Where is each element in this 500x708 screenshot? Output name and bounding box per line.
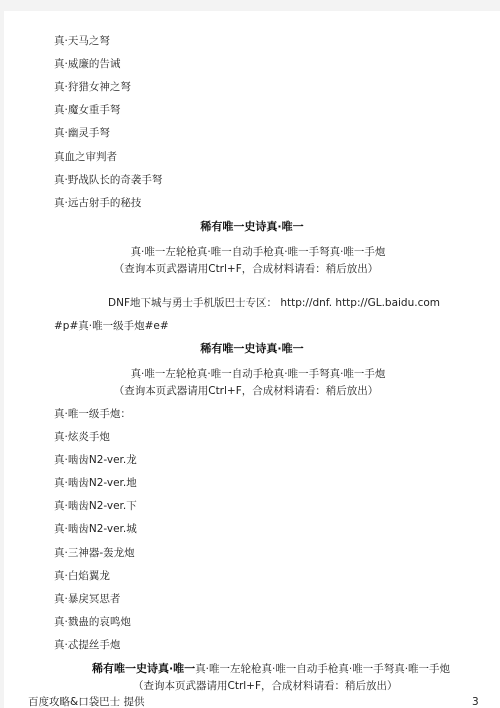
section-weapon-line: 真·唯一左轮枪真·唯一自动手枪真·唯一手弩真·唯一手炮 (10, 367, 500, 381)
list-item: 真·啮齿N2-ver.城 (54, 522, 137, 536)
list-item: 真·暴戾冥思者 (54, 592, 120, 606)
section-heading: 稀有唯一史诗真·唯一 (4, 342, 500, 356)
list-title: 真·唯一级手炮： (54, 407, 131, 421)
list-item: 真·远古射手的秘技 (54, 196, 141, 210)
list-item: 真·炫炎手炮 (54, 430, 110, 444)
page-tag: #p#真·唯一级手炮#e# (54, 319, 169, 333)
promo-line: DNF地下城与勇士手机版巴士专区： http://dnf. http://GL.… (108, 296, 440, 310)
list-item: 真·啮齿N2-ver.龙 (54, 453, 137, 467)
list-item: 真·野战队长的奇袭手弩 (54, 173, 162, 187)
list-item: 真·幽灵手弩 (54, 126, 110, 140)
section-heading: 稀有唯一史诗真·唯一 (4, 220, 500, 234)
list-item: 真·三神器-轰龙炮 (54, 546, 135, 560)
list-item: 真·忒提丝手炮 (54, 638, 120, 652)
page-number: 3 (472, 695, 479, 708)
section-weapon-line: 真·唯一左轮枪真·唯一自动手枪真·唯一手弩真·唯一手炮 (195, 663, 450, 675)
footer-credit: 百度攻略&口袋巴士 提供 (28, 695, 145, 708)
list-item: 真·白焰翼龙 (54, 569, 110, 583)
list-item: 真·啮齿N2-ver.下 (54, 499, 137, 513)
section-note: （查询本页武器请用Ctrl+F，合成材料请看：稍后放出） (0, 384, 494, 398)
list-item: 真·天马之弩 (54, 34, 110, 48)
list-item: 真血之审判者 (54, 150, 117, 164)
list-item: 真·狩猎女神之弩 (54, 80, 131, 94)
list-item: 真·戮蛊的哀鸣炮 (54, 615, 131, 629)
list-item: 真·啮齿N2-ver.地 (54, 476, 137, 490)
list-item: 真·威廉的告诫 (54, 57, 120, 71)
section-weapon-line: 真·唯一左轮枪真·唯一自动手枪真·唯一手弩真·唯一手炮 (10, 245, 500, 259)
section-heading: 稀有唯一史诗真·唯一 (92, 662, 195, 675)
section-inline: 稀有唯一史诗真·唯一真·唯一左轮枪真·唯一自动手枪真·唯一手弩真·唯一手炮 (92, 662, 450, 676)
section-note: （查询本页武器请用Ctrl+F，合成材料请看：稍后放出） (0, 262, 494, 276)
document-page: 真·天马之弩 真·威廉的告诫 真·狩猎女神之弩 真·魔女重手弩 真·幽灵手弩 真… (4, 11, 500, 708)
list-item: 真·魔女重手弩 (54, 103, 120, 117)
section-note: （查询本页武器请用Ctrl+F，合成材料请看：稍后放出） (133, 679, 398, 693)
